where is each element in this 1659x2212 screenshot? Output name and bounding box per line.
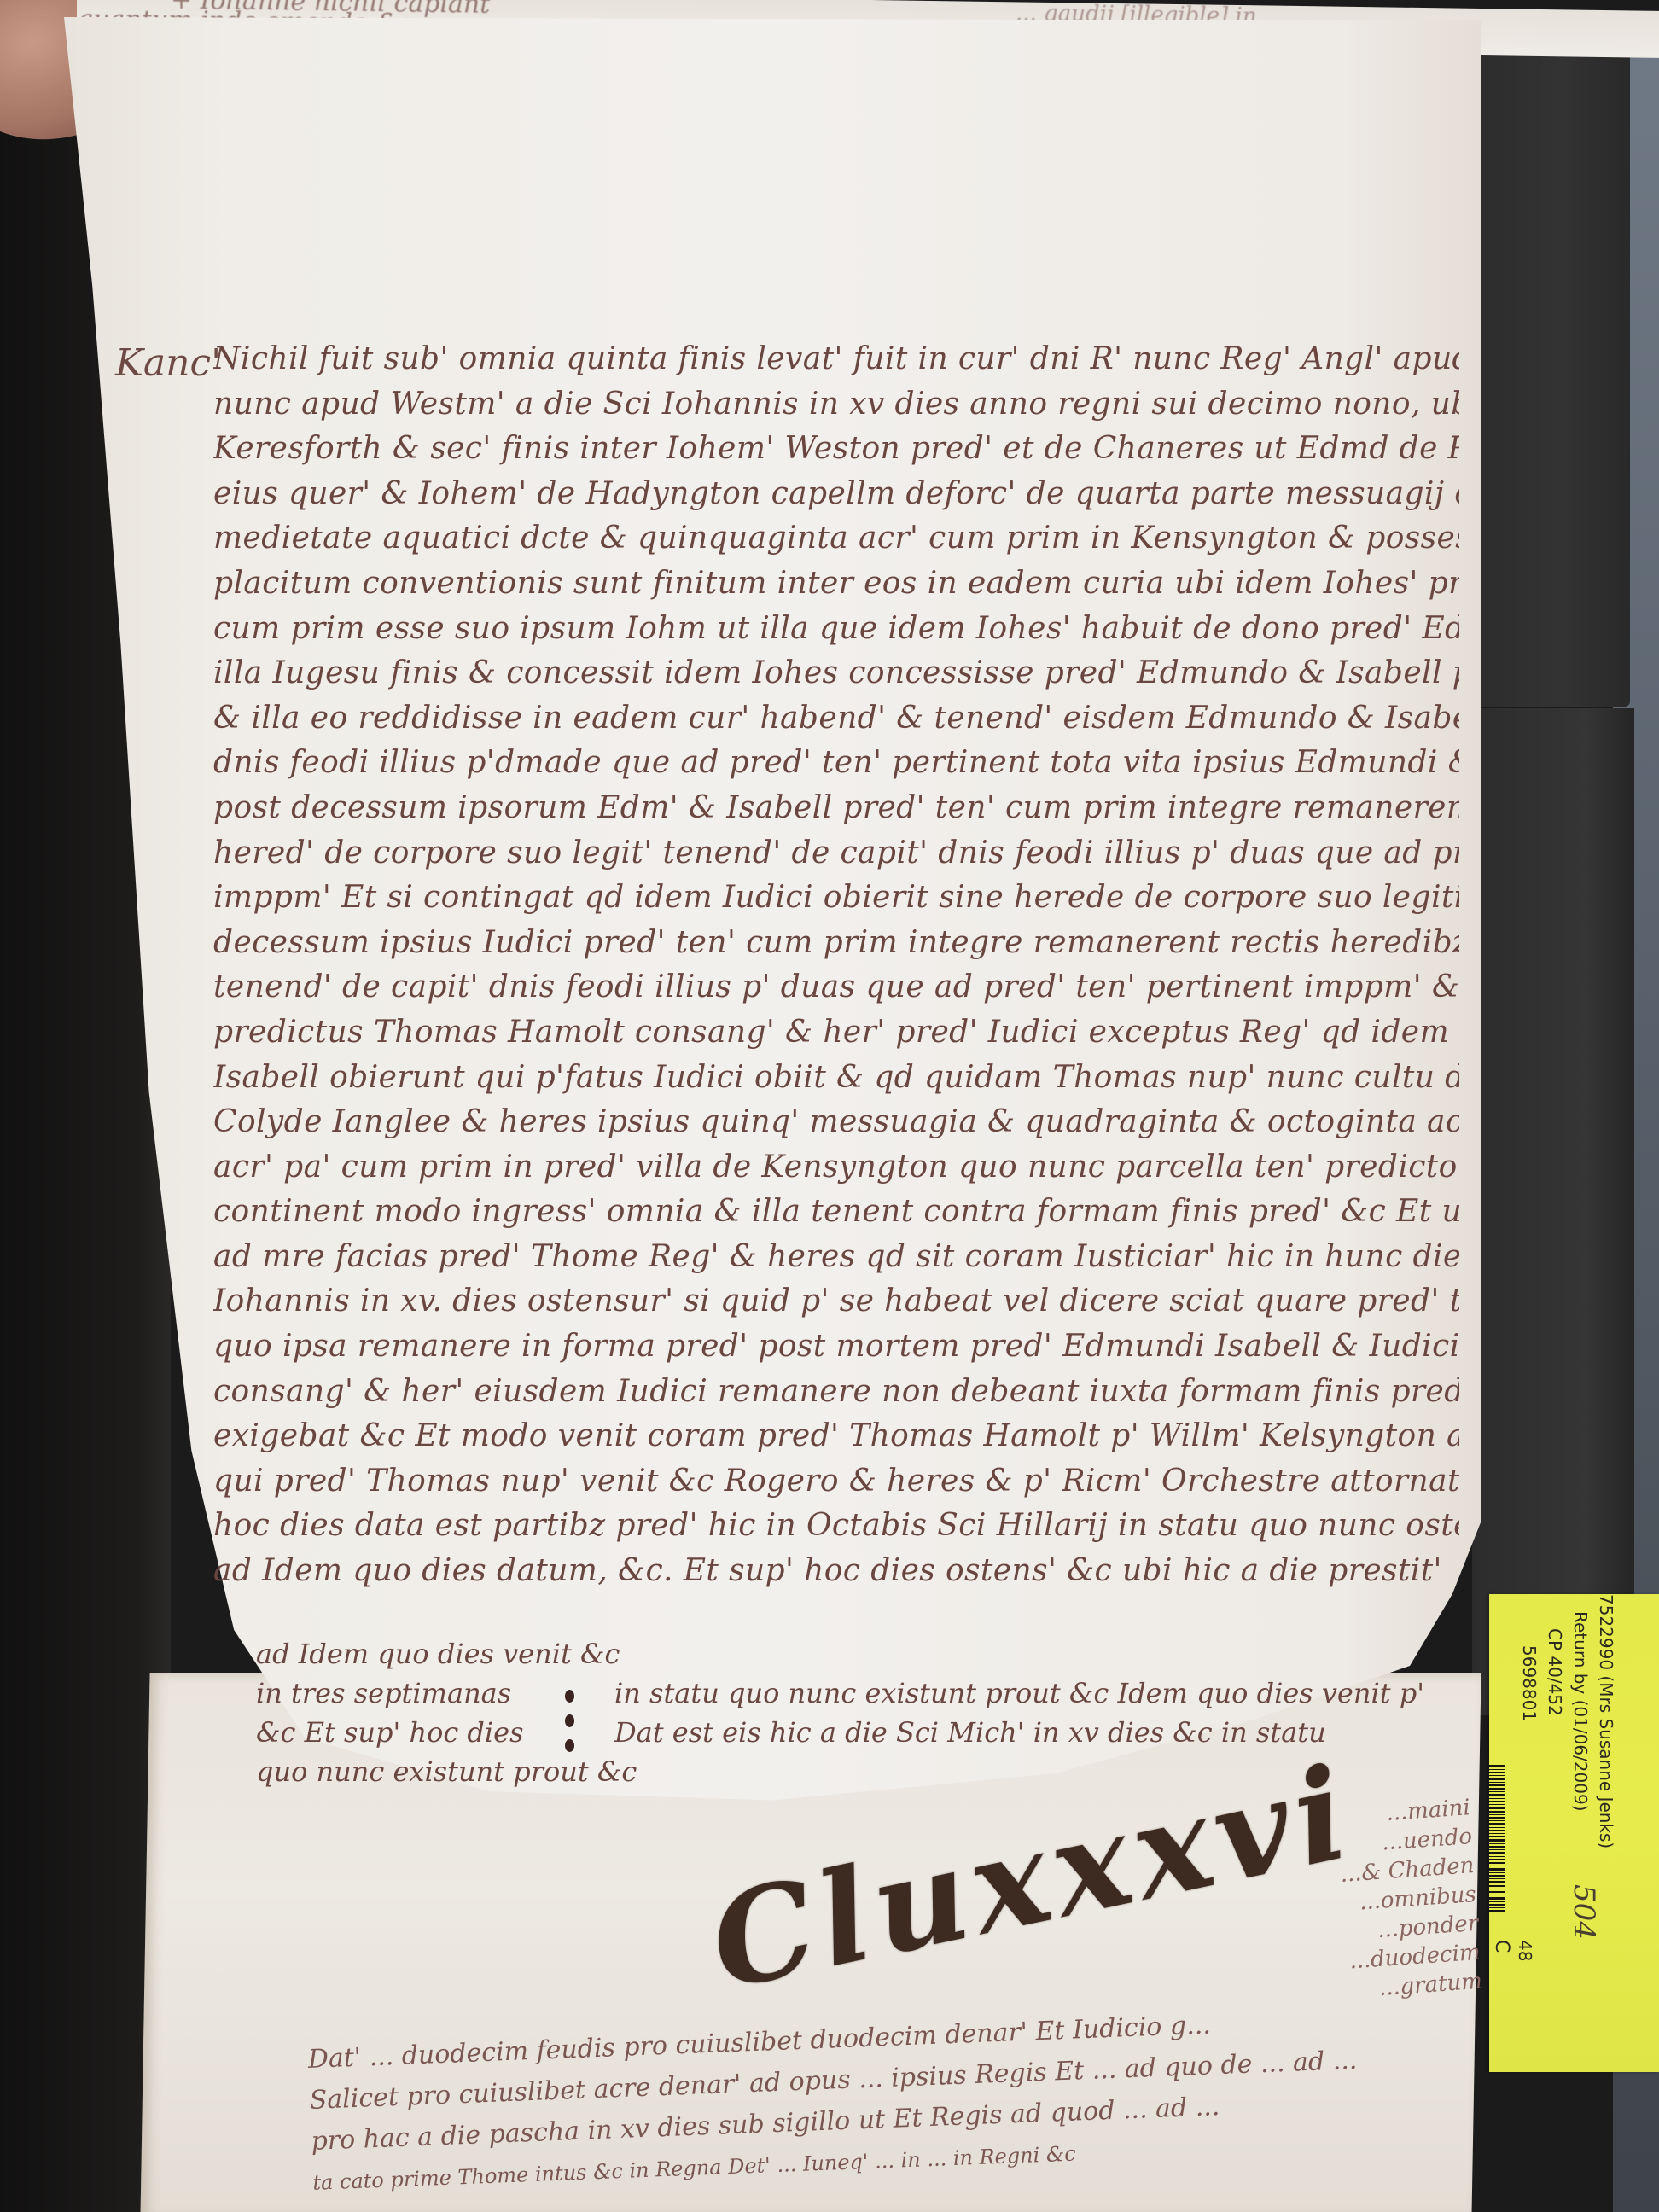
body-line: & illa eo reddidisse in eadem cur' haben… [213, 696, 1459, 742]
body-line: exigebat &c Et modo venit coram pred' Th… [213, 1414, 1459, 1459]
slip-handwritten-number: 504 [1567, 1884, 1601, 1940]
slip-reader: 7522990 (Mrs Susanne Jenks) [1596, 1594, 1616, 1848]
body-line: post decessum ipsorum Edm' & Isabell pre… [213, 786, 1459, 831]
body-line: Isabell obierunt qui p'fatus Iudici obii… [213, 1056, 1459, 1101]
body-line: ad Idem quo dies datum, &c. Et sup' hoc … [213, 1549, 1459, 1594]
slip-reference: CP 40/452 [1545, 1628, 1565, 1716]
plea-entry-body: Nichil fuit sub' omnia quinta finis leva… [213, 337, 1459, 1594]
body-line: nunc apud Westm' a die Sci Iohannis in x… [213, 382, 1459, 428]
body-line: qui pred' Thomas nup' venit &c Rogero & … [213, 1459, 1459, 1505]
slip-return-by: Return by (01/06/2009) [1570, 1611, 1591, 1812]
stitch-holes [565, 1690, 574, 1764]
body-line: quo ipsa remanere in forma pred' post mo… [213, 1324, 1459, 1370]
foam-support-lower [1472, 708, 1634, 1715]
continuance-line: in tres septimanas [256, 1674, 637, 1713]
archive-request-slip: 5698801 CP 40/452 Return by (01/06/2009)… [1489, 1594, 1659, 2072]
body-line: predictus Thomas Hamolt consang' & her' … [213, 1010, 1459, 1056]
body-line: Keresforth & sec' finis inter Iohem' Wes… [213, 427, 1459, 472]
slip-content: 5698801 CP 40/452 Return by (01/06/2009)… [1489, 1594, 1659, 2072]
body-line: cum prim esse suo ipsum Iohm ut illa que… [213, 607, 1459, 652]
continuance-line: in statu quo nunc existunt prout &c Idem… [614, 1674, 1424, 1713]
slip-barcode [1487, 1765, 1505, 1935]
body-line: decessum ipsius Iudici pred' ten' cum pr… [213, 921, 1459, 966]
body-line: hoc dies data est partibz pred' hic in O… [213, 1504, 1459, 1549]
body-line: illa Iugesu finis & concessit idem Iohes… [213, 651, 1459, 696]
continuance-line: quo nunc existunt prout &c [256, 1752, 637, 1791]
body-line: tenend' de capit' dnis feodi illius p' d… [213, 965, 1459, 1010]
body-line: dnis feodi illius p'dmade que ad pred' t… [213, 741, 1459, 786]
body-line: acr' pa' cum prim in pred' villa de Kens… [213, 1145, 1459, 1190]
body-line: imppm' Et si contingat qd idem Iudici ob… [213, 876, 1459, 921]
slip-item-number: 48 [1515, 1940, 1535, 1961]
body-line: ad mre facias pred' Thome Reg' & heres q… [213, 1235, 1459, 1280]
body-line: placitum conventionis sunt finitum inter… [213, 562, 1459, 607]
body-line: eius quer' & Iohem' de Hadyngton capellm… [213, 472, 1459, 517]
body-line: continent modo ingress' omnia & illa ten… [213, 1190, 1459, 1235]
body-line: Iohannis in xv. dies ostensur' si quid p… [213, 1279, 1459, 1324]
margin-county-note: Kanc' [115, 341, 221, 385]
slip-barcode-number: 5698801 [1519, 1645, 1540, 1721]
body-line: Colyde Ianglee & heres ipsius quinq' mes… [213, 1100, 1459, 1145]
body-line: medietate aquatici dcte & quinquaginta a… [213, 516, 1459, 562]
foam-support-upper [1459, 24, 1630, 707]
continuance-left-column: ad Idem quo dies venit &c in tres septim… [256, 1634, 637, 1791]
slip-corner-mark: C [1491, 1940, 1512, 1953]
body-line: hered' de corpore suo legit' tenend' de … [213, 831, 1459, 876]
lower-right-margin-text: ...maini ...uendo ...& Chaden ...omnibus… [1248, 1793, 1483, 2011]
continuance-line: ad Idem quo dies venit &c [256, 1634, 637, 1674]
continuance-right-column: in statu quo nunc existunt prout &c Idem… [614, 1674, 1424, 1752]
body-line: consang' & her' eiusdem Iudici remanere … [213, 1370, 1459, 1415]
continuance-line: &c Et sup' hoc dies [256, 1713, 637, 1752]
body-line: Nichil fuit sub' omnia quinta finis leva… [213, 337, 1459, 382]
